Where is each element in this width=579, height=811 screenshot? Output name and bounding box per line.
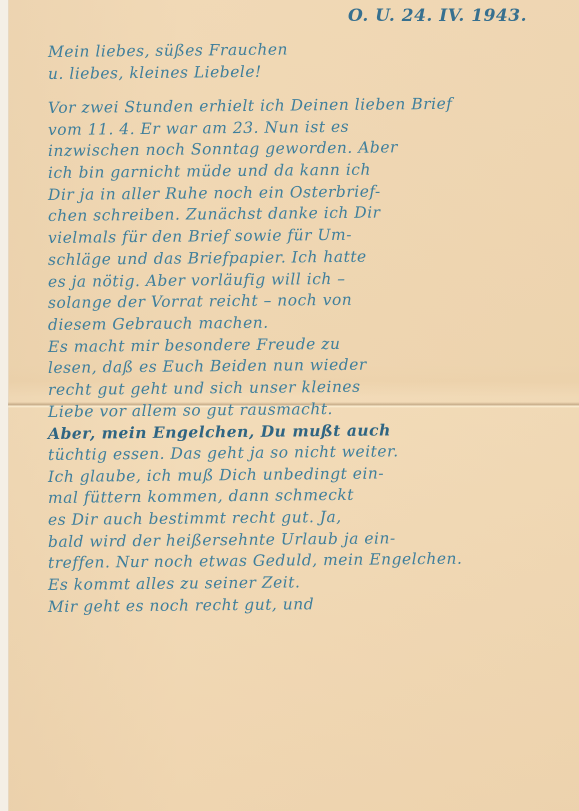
letter-page: O. U. 24. IV. 1943. Mein liebes, süßes F… bbox=[8, 0, 579, 811]
body-line: Mir geht es noch recht gut, und bbox=[48, 591, 578, 618]
letter-date: O. U. 24. IV. 1943. bbox=[348, 6, 527, 26]
salutation-line: u. liebes, kleines Liebele! bbox=[48, 58, 578, 86]
letter-text: Mein liebes, süßes Frauchen u. liebes, k… bbox=[48, 42, 578, 619]
